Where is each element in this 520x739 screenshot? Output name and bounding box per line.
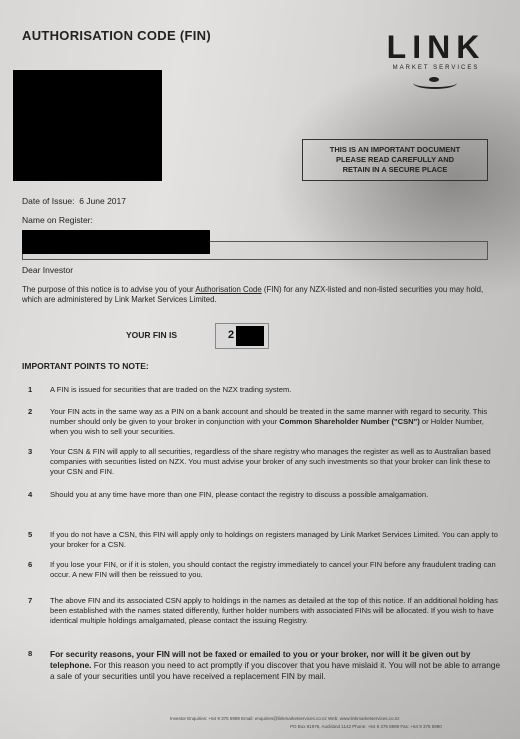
section-heading: IMPORTANT POINTS TO NOTE: <box>22 361 149 371</box>
name-on-register-label: Name on Register: <box>22 215 93 225</box>
scanned-document: AUTHORISATION CODE (FIN) LINK MARKET SER… <box>0 0 520 739</box>
redacted-fin <box>236 326 264 346</box>
redacted-address-block <box>13 70 162 181</box>
fin-value-box: 2 <box>215 323 269 349</box>
fin-label: YOUR FIN IS <box>126 330 177 340</box>
document-title: AUTHORISATION CODE (FIN) <box>22 28 211 43</box>
footer-address-line: PO Box 91976, Auckland 1142 Phone: +64 9… <box>290 724 442 729</box>
logo-swoosh-icon <box>413 77 459 89</box>
notice-line-2: PLEASE READ CAREFULLY AND <box>336 155 454 165</box>
date-of-issue: Date of Issue: 6 June 2017 <box>22 196 126 206</box>
date-of-issue-label: Date of Issue: <box>22 196 74 206</box>
logo-subtitle: MARKET SERVICES <box>376 65 496 71</box>
logo-word: LINK <box>376 30 496 64</box>
salutation: Dear Investor <box>22 265 73 275</box>
date-of-issue-value: 6 June 2017 <box>79 196 126 206</box>
link-logo: LINK MARKET SERVICES <box>376 30 496 89</box>
fin-visible-digit: 2 <box>228 329 234 341</box>
footer-contact-line: Investor Enquiries: +64 9 375 5998 Email… <box>170 716 399 721</box>
notice-line-1: THIS IS AN IMPORTANT DOCUMENT <box>330 145 460 155</box>
notice-line-3: RETAIN IN A SECURE PLACE <box>343 165 448 175</box>
important-notice-box: THIS IS AN IMPORTANT DOCUMENT PLEASE REA… <box>302 139 488 181</box>
authorisation-code-term: Authorisation Code <box>195 285 261 294</box>
redacted-name <box>22 230 210 254</box>
intro-paragraph: The purpose of this notice is to advise … <box>22 285 492 305</box>
